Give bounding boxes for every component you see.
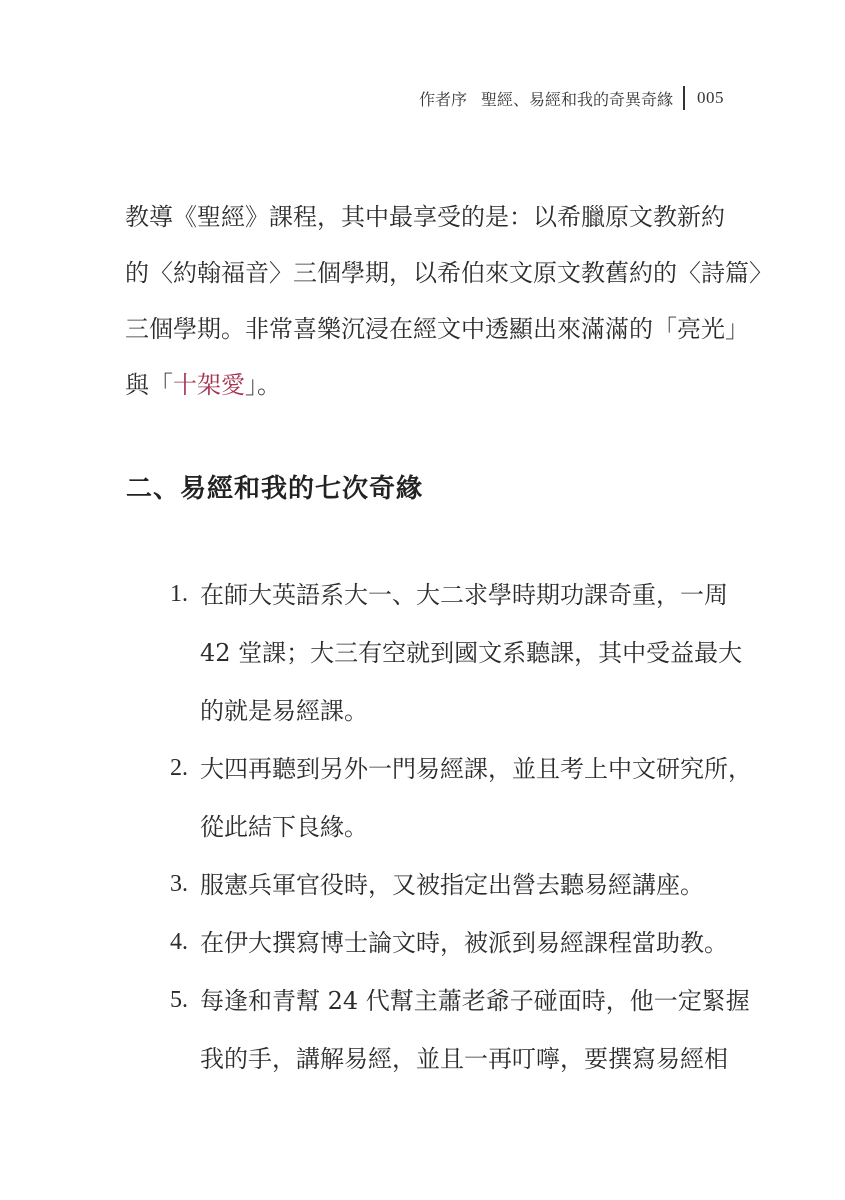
paragraph-line: 的〈約翰福音〉三個學期，以希伯來文原文教舊約的〈詩篇〉 xyxy=(125,245,745,301)
list-number: 5. xyxy=(170,972,188,1028)
list-number: 1. xyxy=(170,566,188,622)
intro-paragraph: 教導《聖經》課程，其中最享受的是：以希臘原文教新約 的〈約翰福音〉三個學期，以希… xyxy=(125,189,745,413)
list-line: 在師大英語系大一、大二求學時期功課奇重，一周 xyxy=(200,566,750,624)
paragraph-line: 與「十架愛」。 xyxy=(125,357,745,413)
text-fragment: 」。 xyxy=(245,371,281,399)
list-line: 42 堂課；大三有空就到國文系聽課，其中受益最大 xyxy=(200,624,750,682)
list-line: 每逢和青幫 24 代幫主蕭老爺子碰面時，他一定緊握 xyxy=(200,972,750,1030)
list-line: 服憲兵軍官役時，又被指定出營去聽易經講座。 xyxy=(200,856,750,914)
numbered-list: 1. 在師大英語系大一、大二求學時期功課奇重，一周 42 堂課；大三有空就到國文… xyxy=(170,566,750,1088)
list-line: 大四再聽到另外一門易經課，並且考上中文研究所， xyxy=(200,740,750,798)
list-item: 5. 每逢和青幫 24 代幫主蕭老爺子碰面時，他一定緊握 我的手，講解易經，並且… xyxy=(170,972,750,1088)
paragraph-line: 教導《聖經》課程，其中最享受的是：以希臘原文教新約 xyxy=(125,189,745,245)
section-heading: 二、易經和我的七次奇緣 xyxy=(126,468,423,505)
list-number: 2. xyxy=(170,740,188,796)
list-number: 3. xyxy=(170,856,188,912)
list-line: 在伊大撰寫博士論文時，被派到易經課程當助教。 xyxy=(200,914,750,972)
text-fragment: 與「 xyxy=(125,371,173,399)
list-item: 4. 在伊大撰寫博士論文時，被派到易經課程當助教。 xyxy=(170,914,750,972)
list-line: 的就是易經課。 xyxy=(200,682,750,740)
paragraph-line: 三個學期。非常喜樂沉浸在經文中透顯出來滿滿的「亮光」 xyxy=(125,301,745,357)
header-chapter-title: 聖經、易經和我的奇異奇緣 xyxy=(481,87,673,110)
list-number: 4. xyxy=(170,914,188,970)
header-section-label: 作者序 xyxy=(419,87,467,110)
list-item: 3. 服憲兵軍官役時，又被指定出營去聽易經講座。 xyxy=(170,856,750,914)
list-line: 從此結下良緣。 xyxy=(200,798,750,856)
list-item: 2. 大四再聽到另外一門易經課，並且考上中文研究所， 從此結下良緣。 xyxy=(170,740,750,856)
running-header: 作者序 聖經、易經和我的奇異奇緣 005 xyxy=(419,86,724,110)
page-number: 005 xyxy=(697,88,724,108)
header-divider xyxy=(683,86,685,110)
list-line: 我的手，講解易經，並且一再叮嚀，要撰寫易經相 xyxy=(200,1030,750,1088)
list-item: 1. 在師大英語系大一、大二求學時期功課奇重，一周 42 堂課；大三有空就到國文… xyxy=(170,566,750,740)
highlighted-phrase: 十架愛 xyxy=(173,371,245,399)
